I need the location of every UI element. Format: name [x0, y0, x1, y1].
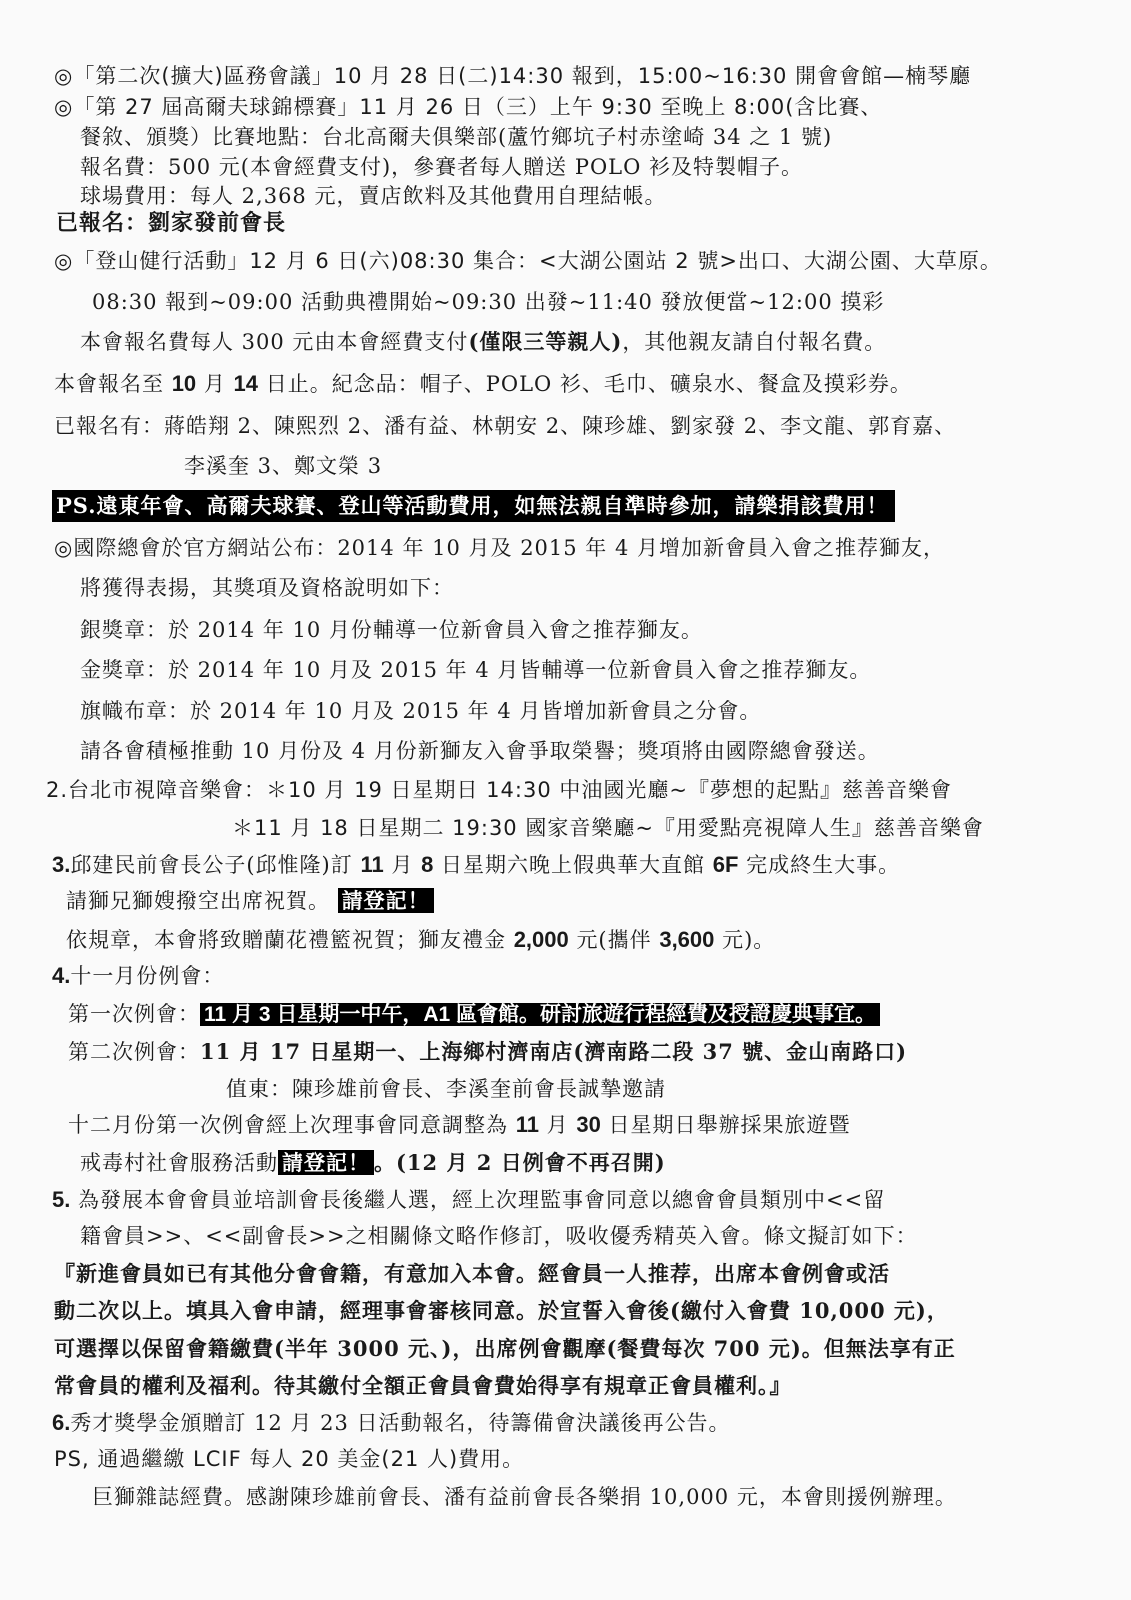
- clause-line-2: 動二次以上。填具入會申請，經理事會審核同意。於宣誓入會後(繳付入會費 10,00…: [54, 1297, 949, 1325]
- clause-line-1: 『新進會員如已有其他分會會籍，有意加入本會。經會員一人推荐，出席本會例會或活: [54, 1260, 890, 1288]
- cancel-note: 。(12 月 2 日例會不再召開): [374, 1150, 666, 1175]
- gift-amount: 2,000: [514, 927, 569, 952]
- golf-fee-line: 報名費：500 元(本會經費支付)，參賽者每人贈送 POLO 衫及特製帽子。: [80, 153, 803, 181]
- intl-award-desc-line: 將獲得表揚，其獎項及資格說明如下：: [80, 574, 454, 602]
- hiking-activity-line: ◎「登山健行活動」12 月 6 日(六)08:30 集合：<大湖公園站 2 號>…: [54, 247, 1002, 275]
- wedding-rest: 完成終生大事。: [746, 853, 900, 877]
- scholarship-line: 6.秀才獎學金頒贈訂 12 月 23 日活動報名，待籌備會決議後再公告。: [52, 1409, 731, 1437]
- december-meeting-line: 十二月份第一次例會經上次理事會同意調整為 11 月 30 日星期日舉辦採果旅遊暨: [68, 1111, 851, 1139]
- second-meeting-label: 第二次例會：: [68, 1040, 200, 1064]
- deadline-day: 14: [234, 371, 258, 396]
- hiking-schedule-line: 08:30 報到~09:00 活動典禮開始~09:30 出發~11:40 發放便…: [92, 288, 884, 316]
- golf-venue-line: 餐敘、頒獎）比賽地點：台北高爾夫俱樂部(蘆竹鄉坑子村赤塗崎 34 之 1 號): [80, 123, 832, 151]
- concert-line-2: ＊11 月 18 日星期二 19:30 國家音樂廳~『用愛點亮視障人生』慈善音樂…: [232, 814, 984, 842]
- wedding-invite-text: 請獅兄獅嫂撥空出席祝賀。: [66, 889, 330, 913]
- second-meeting-details: 11 月 17 日星期一、上海鄉村濟南店(濟南路二段 37 號、金山南路口): [200, 1039, 907, 1064]
- item-number-3: 3.: [52, 852, 70, 877]
- banner-patch-line: 旗幟布章：於 2014 年 10 月及 2015 年 4 月皆增加新會員之分會。: [80, 697, 761, 725]
- first-meeting-line: 第一次例會：11 月 3 日星期一中午，A1 區會館。研討旅遊行程經費及授證慶典…: [68, 1000, 880, 1029]
- item-number-4: 4.: [52, 963, 70, 988]
- deadline-prefix: 本會報名至: [54, 372, 164, 396]
- concert-line-1: 2.台北市視障音樂會：＊10 月 19 日星期日 14:30 中油國光廳~『夢想…: [46, 776, 952, 804]
- wedding-month-label: 月: [391, 853, 413, 877]
- hiking-registered-line-2: 李溪奎 3、鄭文榮 3: [184, 452, 382, 480]
- first-meeting-details: 11 月 3 日星期一中午，A1 區會館。研討旅遊行程經費及授證慶典事宜。: [200, 1003, 880, 1026]
- membership-amend-line-2: 籍會員>>、<<副會長>>之相關條文略作修訂，吸收優秀精英入會。條文擬訂如下：: [80, 1222, 918, 1250]
- deadline-month: 10: [172, 371, 196, 396]
- gift-partner-amount: 3,600: [659, 927, 714, 952]
- wedding-venue: 日星期六晚上假典華大直館: [441, 853, 705, 877]
- december-month-label: 月: [547, 1113, 569, 1137]
- deadline-rest: 日止。紀念品：帽子、POLO 衫、毛巾、礦泉水、餐盒及摸彩券。: [266, 372, 912, 396]
- wedding-invite-line: 請獅兄獅嫂撥空出席祝賀。 請登記！: [66, 887, 434, 915]
- membership-amend-line: 5. 為發展本會會員並培訓會長後繼人選，經上次理監事會同意以總會會員類別中<<留: [52, 1186, 885, 1214]
- district-meeting-line: ◎「第二次(擴大)區務會議」10 月 28 日(二)14:30 報到，15:00…: [54, 62, 971, 90]
- december-day: 30: [576, 1112, 600, 1137]
- hiking-fee-line: 本會報名費每人 300 元由本會經費支付(僅限三等親人)，其他親友請自付報名費。: [80, 328, 886, 356]
- gift-end: 元)。: [722, 928, 775, 952]
- golf-registered-line: 已報名：劉家發前會長: [56, 210, 286, 238]
- wedding-month: 11: [360, 852, 383, 877]
- golf-course-fee-line: 球場費用：每人 2,368 元，賣店飲料及其他費用自理結帳。: [80, 182, 666, 210]
- clause-line-4: 常會員的權利及福利。待其繳付全額正會員會費始得享有規章正會員權利。』: [54, 1372, 792, 1400]
- silver-medal-line: 銀獎章：於 2014 年 10 月份輔導一位新會員入會之推荐獅友。: [80, 616, 703, 644]
- wedding-text: 邱建民前會長公子(邱惟隆)訂: [70, 853, 352, 877]
- wedding-gift-line: 依規章，本會將致贈蘭花禮籃祝賀；獅友禮金 2,000 元(攜伴 3,600 元)…: [66, 926, 775, 954]
- host-line: 值東：陳珍雄前會長、李溪奎前會長誠摯邀請: [226, 1075, 666, 1103]
- second-meeting-line: 第二次例會：11 月 17 日星期一、上海鄉村濟南店(濟南路二段 37 號、金山…: [68, 1038, 907, 1066]
- magazine-thanks-line: 巨獅雜誌經費。感謝陳珍雄前會長、潘有益前會長各樂捐 10,000 元，本會則援例…: [92, 1483, 957, 1511]
- service-activity-line: 戒毒村社會服務活動請登記！。(12 月 2 日例會不再召開): [80, 1149, 666, 1177]
- deadline-month-label: 月: [204, 372, 226, 396]
- wedding-day: 8: [421, 852, 433, 877]
- ps-donation-banner: PS.遠東年會、高爾夫球賽、登山等活動費用，如無法親自準時參加，請樂捐該費用！: [52, 490, 895, 522]
- december-month: 11: [516, 1112, 539, 1137]
- golf-tournament-line: ◎「第 27 屆高爾夫球錦標賽」11 月 26 日（三）上午 9:30 至晚上 …: [54, 93, 882, 121]
- first-meeting-label: 第一次例會：: [68, 1002, 200, 1026]
- item-number-5: 5.: [52, 1187, 70, 1212]
- hiking-fee-limit: (僅限三等親人): [468, 329, 622, 354]
- november-meetings-title: 十一月份例會：: [70, 964, 224, 988]
- hiking-fee-rest: ，其他親友請自付報名費。: [622, 330, 886, 354]
- gift-with-partner: 元(攜伴: [576, 928, 651, 952]
- lcif-line: PS, 通過繼繳 LCIF 每人 20 美金(21 人)費用。: [54, 1445, 524, 1473]
- november-meetings-heading: 4.十一月份例會：: [52, 962, 224, 990]
- service-activity-text: 戒毒村社會服務活動: [80, 1151, 278, 1175]
- clause-line-3: 可選擇以保留會籍繳費(半年 3000 元、)，出席例會觀摩(餐費每次 700 元…: [54, 1335, 956, 1363]
- wedding-line: 3.邱建民前會長公子(邱惟隆)訂 11 月 8 日星期六晚上假典華大直館 6F …: [52, 851, 900, 879]
- membership-amend-text: 為發展本會會員並培訓會長後繼人選，經上次理監事會同意以總會會員類別中<<留: [78, 1188, 885, 1212]
- hiking-fee-text: 本會報名費每人 300 元由本會經費支付: [80, 330, 468, 354]
- wedding-floor: 6F: [713, 852, 739, 877]
- encourage-line: 請各會積極推動 10 月份及 4 月份新獅友入會爭取榮譽；獎項將由國際總會發送。: [80, 737, 880, 765]
- december-meeting-text: 十二月份第一次例會經上次理事會同意調整為: [68, 1113, 508, 1137]
- register-badge: 請登記！: [338, 888, 434, 913]
- gift-text: 依規章，本會將致贈蘭花禮籃祝賀；獅友禮金: [66, 928, 506, 952]
- register-badge-2: 請登記！: [278, 1150, 374, 1175]
- december-activity: 日星期日舉辦採果旅遊暨: [609, 1113, 851, 1137]
- hiking-deadline-line: 本會報名至 10 月 14 日止。紀念品：帽子、POLO 衫、毛巾、礦泉水、餐盒…: [54, 370, 912, 398]
- item-number-6: 6.: [52, 1410, 70, 1435]
- gold-medal-line: 金獎章：於 2014 年 10 月及 2015 年 4 月皆輔導一位新會員入會之…: [80, 656, 871, 684]
- hiking-registered-line: 已報名有：蔣皓翔 2、陳熙烈 2、潘有益、林朝安 2、陳珍雄、劉家發 2、李文龍…: [54, 412, 956, 440]
- scholarship-text: 秀才獎學金頒贈訂 12 月 23 日活動報名，待籌備會決議後再公告。: [70, 1411, 730, 1435]
- intl-award-line: ◎國際總會於官方網站公布：2014 年 10 月及 2015 年 4 月增加新會…: [54, 534, 945, 562]
